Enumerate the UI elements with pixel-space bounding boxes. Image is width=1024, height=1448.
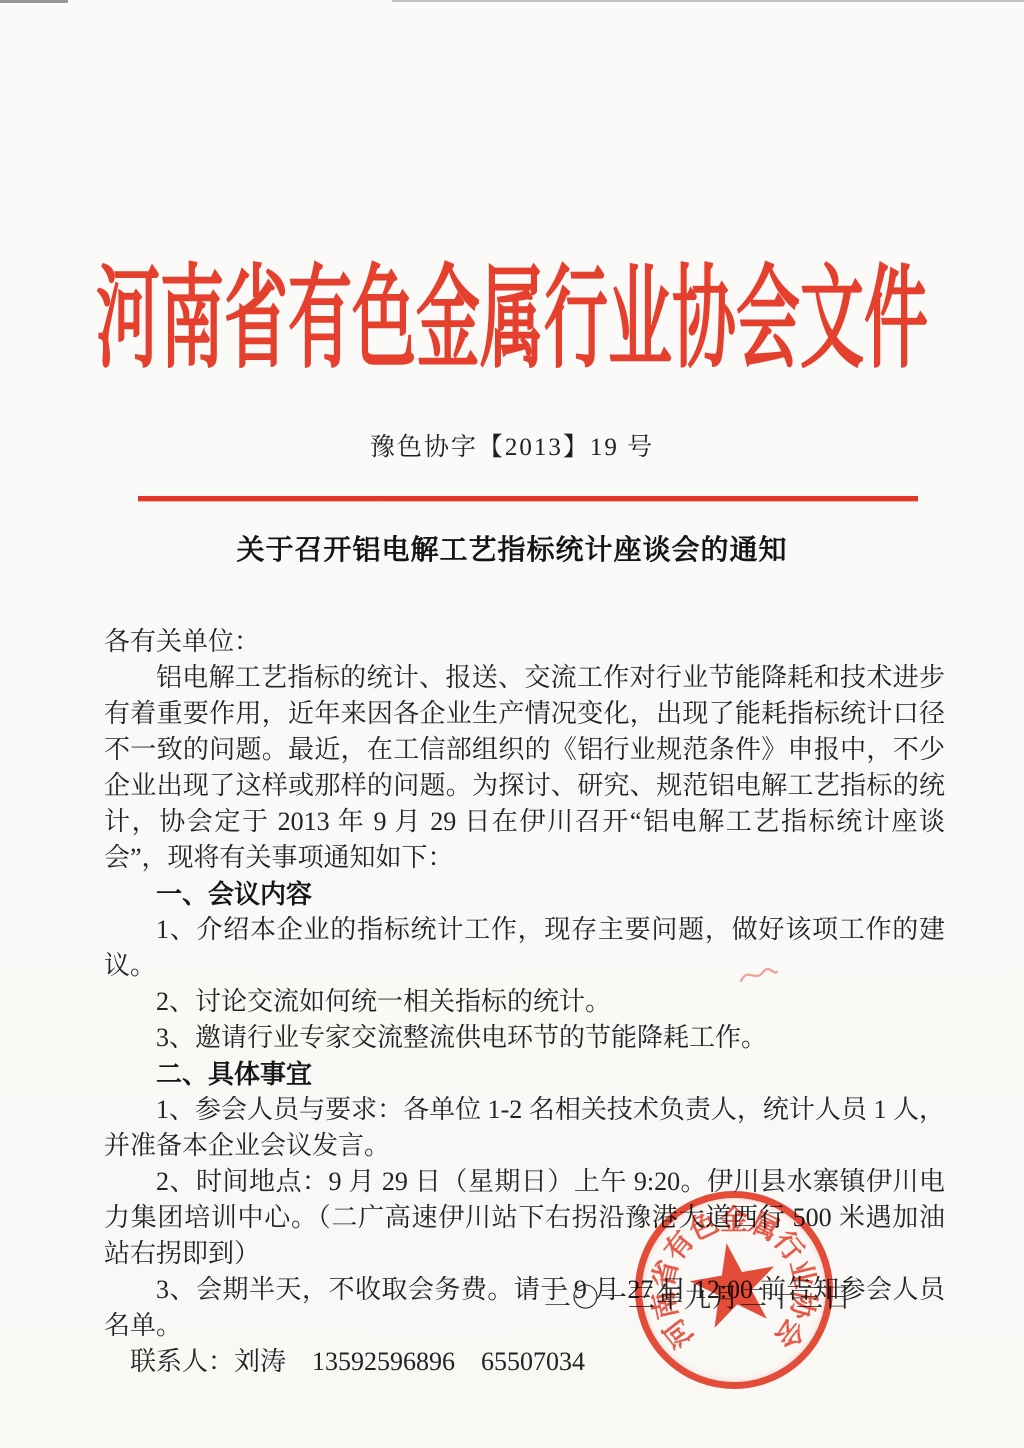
seal-character: 南 <box>649 1288 682 1321</box>
salutation: 各有关单位： <box>104 624 945 660</box>
section-1-item: 2、讨论交流如何统一相关指标的统计。 <box>104 984 945 1020</box>
seal-character: 金 <box>720 1206 748 1234</box>
notice-title: 关于召开铝电解工艺指标统计座谈会的通知 <box>0 528 1024 568</box>
section-1-item: 3、邀请行业专家交流整流供电环节的节能降耗工作。 <box>104 1020 945 1056</box>
scan-artifact-top-left <box>0 0 68 3</box>
org-header-title: 河南省有色金属行业协会文件 <box>0 264 1024 376</box>
red-divider-rule <box>138 496 918 501</box>
section-1-heading: 一、会议内容 <box>104 876 945 912</box>
intro-paragraph: 铝电解工艺指标的统计、报送、交流工作对行业节能降耗和技术进步有着重要作用，近年来… <box>104 660 945 876</box>
pen-mark-artifact <box>738 962 780 988</box>
section-2-heading: 二、具体事宜 <box>104 1056 945 1092</box>
document-number: 豫色协字【2013】19 号 <box>0 427 1024 463</box>
document-page: 河南省有色金属行业协会文件 豫色协字【2013】19 号 关于召开铝电解工艺指标… <box>0 0 1024 1448</box>
official-seal: ★ 河南省有色金属行业协会 <box>635 1191 833 1389</box>
section-1-item: 1、介绍本企业的指标统计工作，现存主要问题，做好该项工作的建议。 <box>104 912 945 984</box>
section-2-item: 1、参会人员与要求：各单位 1-2 名相关技术负责人，统计人员 1 人，并准备本… <box>104 1092 945 1164</box>
scan-artifact-top-right <box>392 0 1024 2</box>
